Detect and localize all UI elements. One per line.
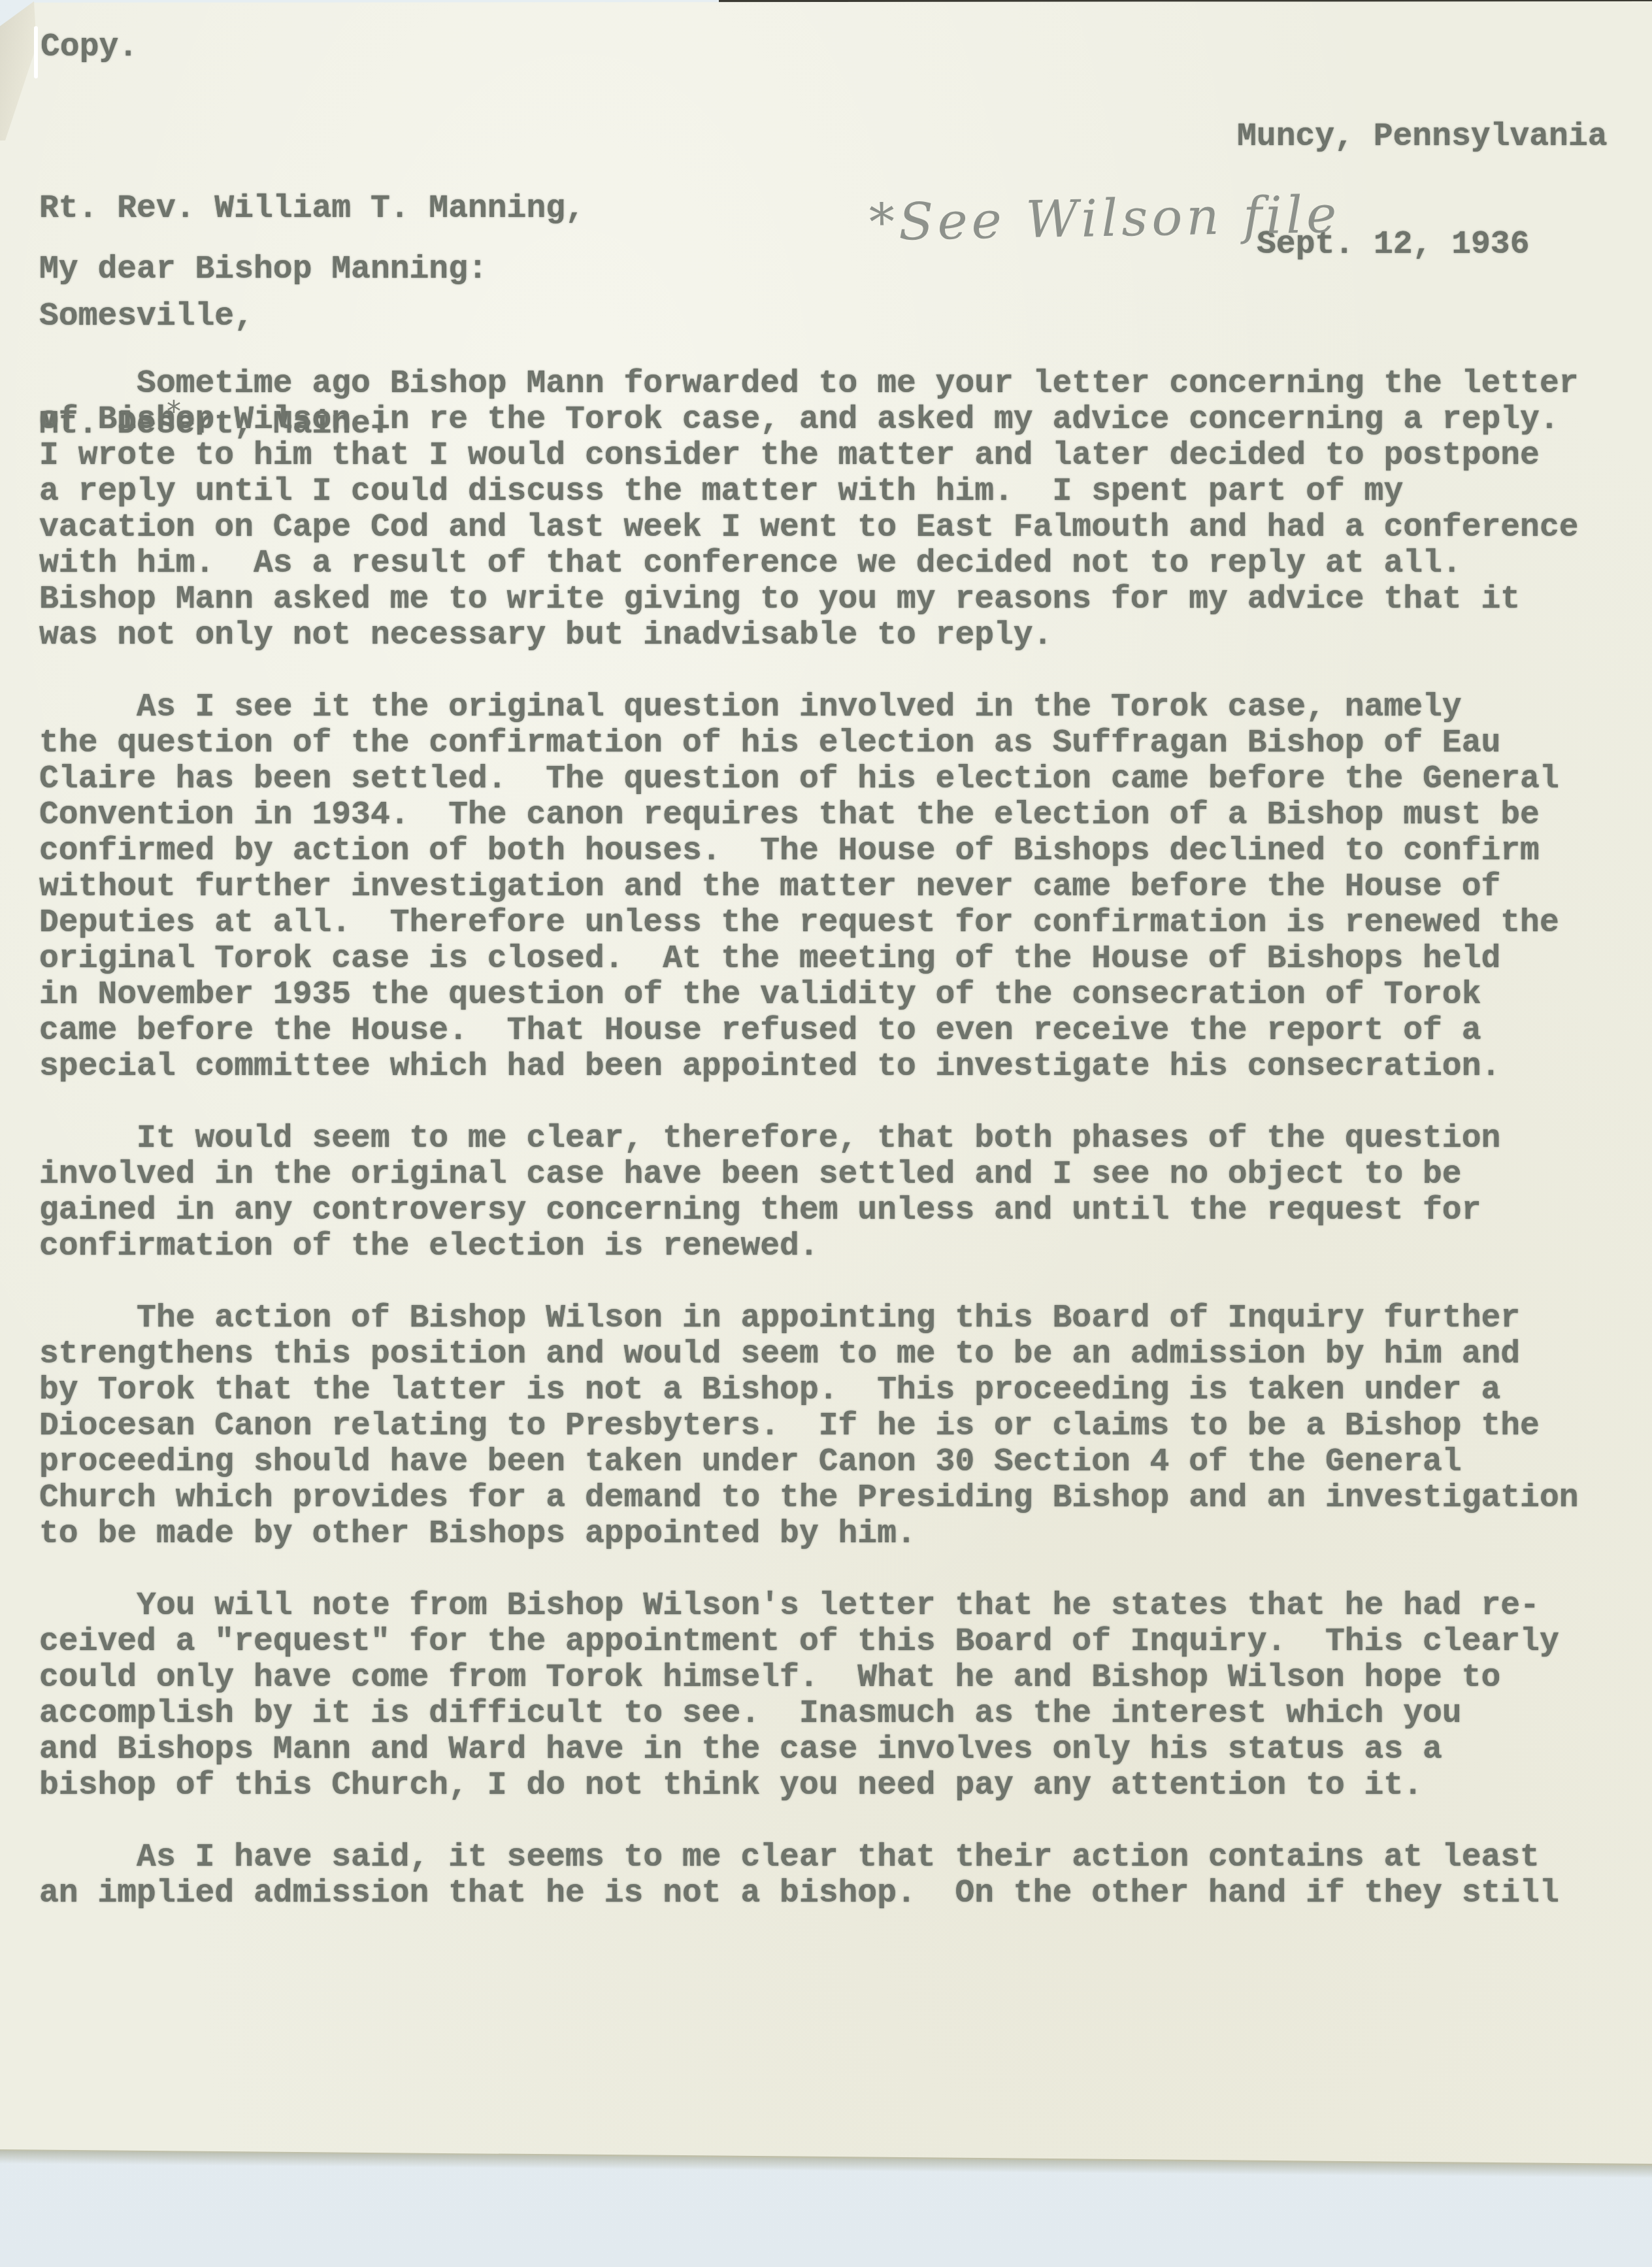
body-line: Diocesan Canon relating to Presbyters. I… [39,1408,1652,1444]
body-line: bishop of this Church, I do not think yo… [39,1768,1652,1804]
copy-mark: Copy. [41,29,138,65]
body-line: Deputies at all. Therefore unless the re… [39,905,1652,941]
body-line: accomplish by it is difficult to see. In… [39,1696,1652,1732]
paragraph-3: It would seem to me clear, therefore, th… [39,1121,1652,1265]
body-line: Sometime ago Bishop Mann forwarded to me… [39,366,1652,402]
body-line: Claire has been settled. The question of… [39,761,1652,797]
body-line: strengthens this position and would seem… [39,1336,1652,1372]
address-line: Rt. Rev. William T. Manning, [39,191,585,227]
body-line: Convention in 1934. The canon requires t… [39,797,1652,833]
paragraph-4: The action of Bishop Wilson in appointin… [39,1300,1652,1552]
body-line: confirmation of the election is renewed. [39,1229,1652,1265]
body-line: ceived a "request" for the appointment o… [39,1624,1652,1660]
place-line: Muncy, Pennsylvania [1237,119,1608,155]
body-line: confirmed by action of both houses. The … [39,833,1652,869]
body-line: could only have come from Torok himself.… [39,1660,1652,1696]
body-line: As I see it the original question involv… [39,689,1652,725]
handwritten-annotation: *See Wilson file [868,186,1341,253]
paragraph-2: As I see it the original question involv… [39,689,1652,1085]
body-line: was not only not necessary but inadvisab… [39,618,1652,654]
place-date-block: Muncy, Pennsylvania Sept. 12, 1936 [1237,47,1608,299]
letter-body: Sometime ago Bishop Mann forwarded to me… [39,366,1652,1947]
body-line: by Torok that the latter is not a Bishop… [39,1372,1652,1408]
body-line: in November 1935 the question of the val… [39,977,1652,1013]
body-line: the question of the confirmation of his … [39,725,1652,761]
body-line: without further investigation and the ma… [39,869,1652,905]
paragraph-1: Sometime ago Bishop Mann forwarded to me… [39,366,1652,654]
body-line: It would seem to me clear, therefore, th… [39,1121,1652,1157]
body-line: Bishop Mann asked me to write giving to … [39,582,1652,618]
body-line: a reply until I could discuss the matter… [39,474,1652,510]
body-line: You will note from Bishop Wilson's lette… [39,1588,1652,1624]
body-line: with him. As a result of that conference… [39,546,1652,582]
body-line: an implied admission that he is not a bi… [39,1876,1652,1911]
body-line: vacation on Cape Cod and last week I wen… [39,510,1652,546]
body-line: and Bishops Mann and Ward have in the ca… [39,1732,1652,1768]
paragraph-5: You will note from Bishop Wilson's lette… [39,1588,1652,1804]
body-line: I wrote to him that I would consider the… [39,438,1652,474]
salutation: My dear Bishop Manning: [39,252,487,288]
body-line: Church which provides for a demand to th… [39,1480,1652,1516]
body-line: involved in the original case have been … [39,1157,1652,1193]
body-line: The action of Bishop Wilson in appointin… [39,1300,1652,1336]
body-line: original Torok case is closed. At the me… [39,941,1652,977]
address-line: Somesville, [39,299,585,335]
paragraph-6: As I have said, it seems to me clear tha… [39,1840,1652,1911]
body-line: proceeding should have been taken under … [39,1444,1652,1480]
body-line: As I have said, it seems to me clear tha… [39,1840,1652,1876]
body-line: came before the House. That House refuse… [39,1013,1652,1049]
body-line: gained in any controversy concerning the… [39,1193,1652,1229]
body-line: to be made by other Bishops appointed by… [39,1516,1652,1552]
pencil-asterisk-mark: * [167,395,181,429]
body-line: special committee which had been appoint… [39,1049,1652,1085]
page-tear-mark [34,26,38,78]
body-line: of Bishop Wilson in re the Torok case, a… [39,402,1652,438]
